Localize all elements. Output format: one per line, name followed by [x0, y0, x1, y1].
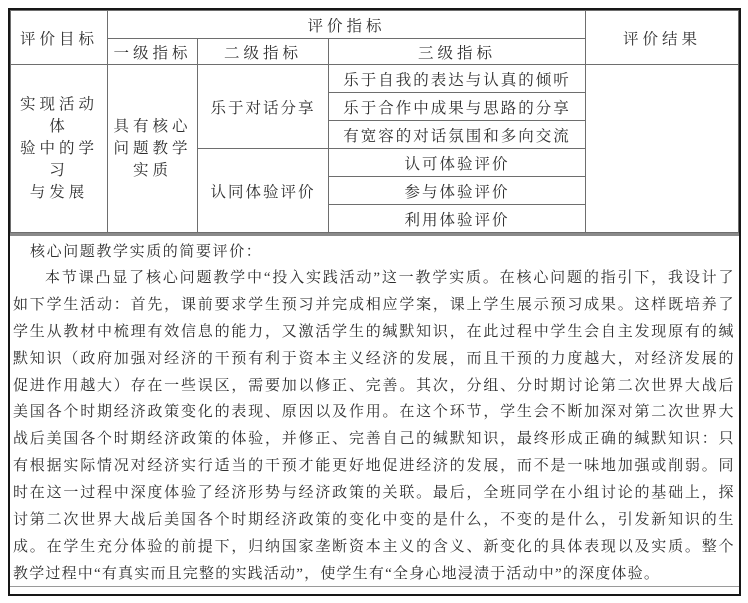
comment-line: 学生从教材中梳理有效信息的能力，又激活学生的缄默知识，在此过程中学生会自主发现原… — [13, 319, 734, 346]
level3-cell: 有宽容的对话氛围和多向交流 — [329, 121, 586, 149]
header-level1: 一级指标 — [108, 39, 198, 65]
comment-line: 美国各个时期经济政策变化的表现、原因以及作用。在这个环节，学生会不断加深对第二次… — [13, 399, 734, 426]
result-value-cell — [586, 65, 739, 233]
level1-value-cell: 具有核心 问题教学 实质 — [108, 65, 198, 233]
comment-line: 时在这一过程中深度体验了经济形势与经济政策的关联。最后，全班同学在小组讨论的基础… — [13, 480, 734, 507]
goal-value-cell: 实现活动体 验中的学习 与发展 — [11, 65, 108, 233]
comment-bottom-rule — [10, 586, 739, 587]
header-indicators: 评价指标 — [108, 11, 586, 39]
level3-cell: 乐于自我的表达与认真的倾听 — [329, 65, 586, 93]
comment-line: 本节课凸显了核心问题教学中“投入实践活动”这一教学实质。在核心问题的指引下，我设… — [13, 265, 734, 292]
level3-cell: 参与体验评价 — [329, 177, 586, 205]
comment-line: 默知识（政府加强对经济的干预有利于资本主义经济的发展，而且干预的力度越大，对经济… — [13, 346, 734, 373]
comment-line: 战后美国各个时期经济政策的体验，并修正、完善自己的缄默知识，最终形成正确的缄默知… — [13, 426, 734, 453]
evaluation-sheet: 评价目标 评价指标 评价结果 一级指标 二级指标 三级指标 实现活动体 验中的学… — [8, 8, 741, 596]
comment-line: 促进作用越大）存在一些误区，需要加以修正、完善。其次，分组、分时期讨论第二次世界… — [13, 373, 734, 400]
comment-line: 如下学生活动：首先，课前要求学生预习并完成相应学案，课上学生展示预习成果。这样既… — [13, 292, 734, 319]
header-result: 评价结果 — [586, 11, 739, 65]
level2-cell: 乐于对话分享 — [198, 65, 329, 149]
evaluation-table: 评价目标 评价指标 评价结果 一级指标 二级指标 三级指标 实现活动体 验中的学… — [10, 10, 739, 233]
header-goal: 评价目标 — [11, 11, 108, 65]
comment-heading: 核心问题教学实质的简要评价： — [13, 239, 734, 265]
comment-line: 有根据实际情况对经济实行适当的干预才能更好地促进经济的发展，而不是一味地加强或削… — [13, 453, 734, 480]
level3-cell: 认可体验评价 — [329, 149, 586, 177]
comment-line: 教学过程中“有真实而且完整的实践活动”，使学生有“全身心地浸渍于活动中”的深度体… — [13, 561, 734, 588]
level3-cell: 利用体验评价 — [329, 205, 586, 233]
header-level2: 二级指标 — [198, 39, 329, 65]
comment-line: 讨第二次世界大战后美国各个时期经济政策的变化中变的是什么，不变的是什么，引发新知… — [13, 507, 734, 534]
header-level3: 三级指标 — [329, 39, 586, 65]
level2-cell: 认同体验评价 — [198, 149, 329, 233]
comment-section: 核心问题教学实质的简要评价： 本节课凸显了核心问题教学中“投入实践活动”这一教学… — [10, 236, 739, 594]
comment-line: 成。在学生充分体验的前提下，归纳国家垄断资本主义的含义、新变化的具体表现以及实质… — [13, 534, 734, 561]
level3-cell: 乐于合作中成果与思路的分享 — [329, 93, 586, 121]
